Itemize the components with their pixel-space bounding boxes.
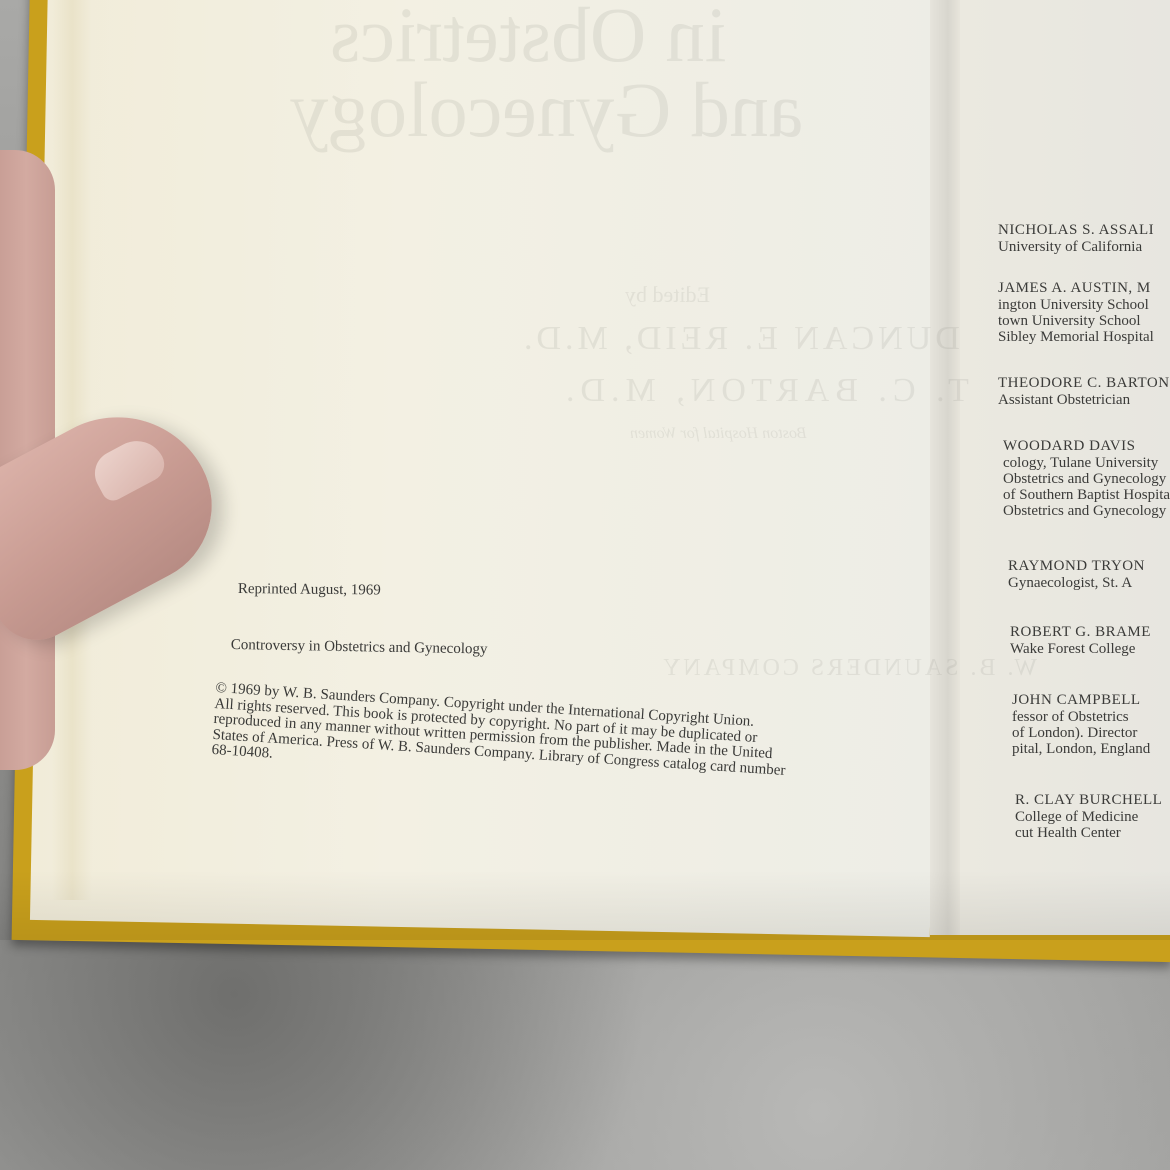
contributor-affiliation: fessor of Obstetrics: [1012, 709, 1150, 725]
thumbnail: [87, 431, 170, 504]
show-through-title-2: and Gynecology: [290, 65, 803, 155]
contributor-name: RAYMOND TRYON: [1008, 558, 1145, 575]
reprint-notice: Reprinted August, 1969: [238, 581, 381, 599]
contributors-list: NICHOLAS S. ASSALI University of Califor…: [998, 0, 1170, 935]
contributor-entry: ROBERT G. BRAME Wake Forest College: [1010, 624, 1151, 657]
contributor-entry: WOODARD DAVIS cology, Tulane University …: [1003, 438, 1170, 519]
contributor-entry: JOHN CAMPBELL fessor of Obstetrics of Lo…: [1012, 692, 1150, 757]
show-through-editor-1: DUNCAN E. REID, M.D.: [520, 320, 960, 358]
show-through-publisher: W. B. SAUNDERS COMPANY: [660, 655, 1037, 682]
contributor-entry: RAYMOND TRYON Gynaecologist, St. A: [1008, 558, 1145, 591]
contributor-affiliation: Wake Forest College: [1010, 641, 1151, 657]
contributor-name: JOHN CAMPBELL: [1012, 692, 1150, 709]
contributor-name: THEODORE C. BARTON: [998, 375, 1170, 392]
contributor-entry: THEODORE C. BARTON Assistant Obstetricia…: [998, 375, 1170, 408]
contributor-affiliation: of London). Director: [1012, 725, 1150, 741]
contributor-name: JAMES A. AUSTIN, M: [998, 280, 1154, 297]
contributor-affiliation: University of California: [998, 239, 1154, 255]
contributor-affiliation: pital, London, England: [1012, 741, 1150, 757]
contributor-affiliation: cology, Tulane University: [1003, 455, 1170, 471]
contributor-affiliation: College of Medicine: [1015, 809, 1162, 825]
show-through-editor-2: T. C. BARTON, M.D.: [560, 372, 969, 410]
show-through-affiliation: Boston Hospital for Women: [630, 425, 807, 443]
contributor-affiliation: Obstetrics and Gynecology: [1003, 471, 1170, 487]
contributor-affiliation: of Southern Baptist Hospital: [1003, 487, 1170, 503]
contributor-affiliation: Obstetrics and Gynecology: [1003, 503, 1170, 519]
contributor-affiliation: cut Health Center: [1015, 825, 1162, 841]
contributor-affiliation: town University School: [998, 313, 1154, 329]
contributor-entry: R. CLAY BURCHELL College of Medicine cut…: [1015, 792, 1162, 841]
contributor-affiliation: Assistant Obstetrician: [998, 392, 1170, 408]
contributor-entry: JAMES A. AUSTIN, M ington University Sch…: [998, 280, 1154, 345]
contributor-name: R. CLAY BURCHELL: [1015, 792, 1162, 809]
contributor-name: ROBERT G. BRAME: [1010, 624, 1151, 641]
contributor-name: NICHOLAS S. ASSALI: [998, 222, 1154, 239]
contributor-affiliation: Gynaecologist, St. A: [1008, 575, 1145, 591]
contributor-affiliation: ington University School: [998, 297, 1154, 313]
contributor-entry: NICHOLAS S. ASSALI University of Califor…: [998, 222, 1154, 255]
contributor-name: WOODARD DAVIS: [1003, 438, 1170, 455]
show-through-edited-by: Edited by: [625, 282, 710, 308]
contributor-affiliation: Sibley Memorial Hospital: [998, 329, 1154, 345]
